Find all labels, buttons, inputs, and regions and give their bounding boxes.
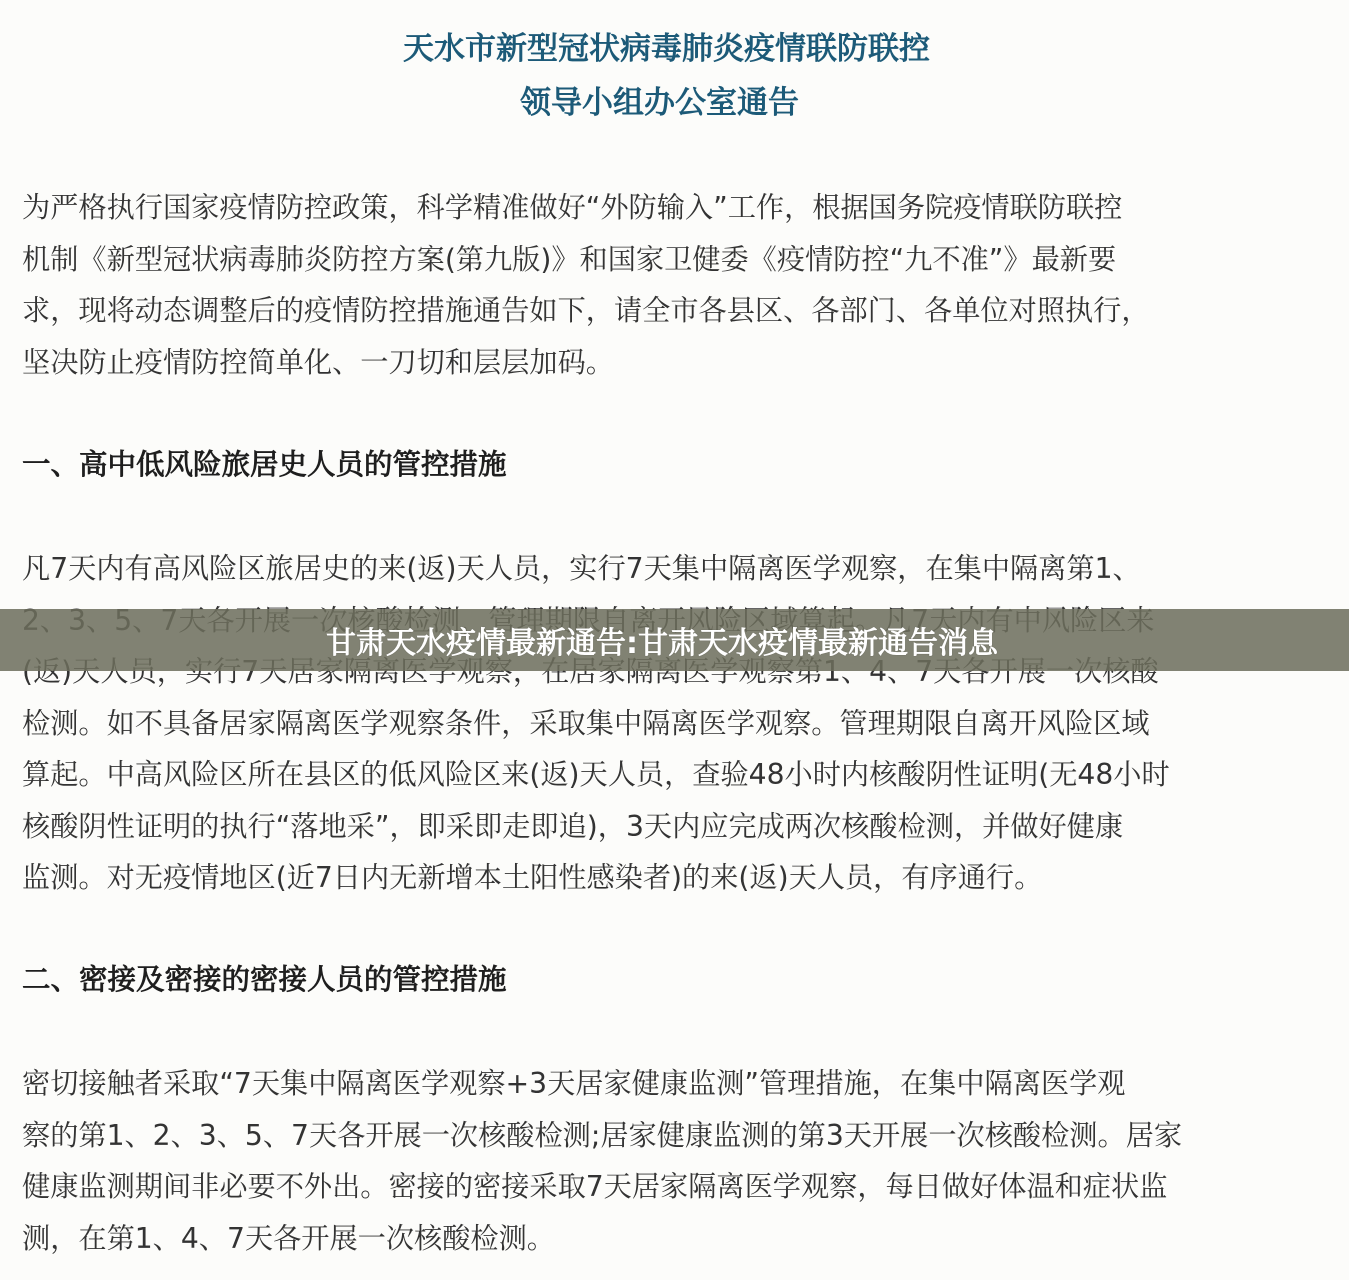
section-heading-1: 一、高中低风险旅居史人员的管控措施 [22,445,507,485]
intro-paragraph: 为严格执行国家疫情防控政策，科学精准做好“外防输入”工作，根据国务院疫情联防联控… [22,182,1322,388]
paragraph-line: 凡7天内有高风险区旅居史的来(返)天人员，实行7天集中隔离医学观察，在集中隔离第… [22,543,1322,595]
notice-image: 天水市新型冠状病毒肺炎疫情联防联控 领导小组办公室通告 为严格执行国家疫情防控政… [0,0,1349,1280]
paragraph-line: 机制《新型冠状病毒肺炎防控方案(第九版)》和国家卫健委《疫情防控“九不准”》最新… [22,234,1322,286]
paragraph-line: 算起。中高风险区所在县区的低风险区来(返)天人员，查验48小时内核酸阴性证明(无… [22,749,1322,801]
caption-overlay-text: 甘肃天水疫情最新通告:甘肃天水疫情最新通告消息 [326,618,998,662]
title-line-1: 天水市新型冠状病毒肺炎疫情联防联控 [0,22,1349,76]
section-1-paragraph: 凡7天内有高风险区旅居史的来(返)天人员，实行7天集中隔离医学观察，在集中隔离第… [22,543,1322,904]
caption-overlay-band: 甘肃天水疫情最新通告:甘肃天水疫情最新通告消息 [0,609,1349,671]
paragraph-line: 测，在第1、4、7天各开展一次核酸检测。 [22,1213,1322,1265]
paragraph-line: 密切接触者采取“7天集中隔离医学观察+3天居家健康监测”管理措施，在集中隔离医学… [22,1058,1322,1110]
paragraph-line: 察的第1、2、3、5、7天各开展一次核酸检测;居家健康监测的第3天开展一次核酸检… [22,1110,1322,1162]
paragraph-line: 求，现将动态调整后的疫情防控措施通告如下，请全市各县区、各部门、各单位对照执行， [22,285,1322,337]
notice-title: 天水市新型冠状病毒肺炎疫情联防联控 领导小组办公室通告 [0,22,1349,130]
paragraph-line: 检测。如不具备居家隔离医学观察条件，采取集中隔离医学观察。管理期限自离开风险区域 [22,698,1322,750]
paragraph-line: 坚决防止疫情防控简单化、一刀切和层层加码。 [22,337,1322,389]
section-2-paragraph: 密切接触者采取“7天集中隔离医学观察+3天居家健康监测”管理措施，在集中隔离医学… [22,1058,1322,1264]
title-line-2: 领导小组办公室通告 [0,76,1349,130]
paragraph-line: 核酸阴性证明的执行“落地采”，即采即走即追)，3天内应完成两次核酸检测，并做好健… [22,801,1322,853]
paragraph-line: 健康监测期间非必要不外出。密接的密接采取7天居家隔离医学观察，每日做好体温和症状… [22,1161,1322,1213]
paragraph-line: 为严格执行国家疫情防控政策，科学精准做好“外防输入”工作，根据国务院疫情联防联控 [22,182,1322,234]
section-heading-2: 二、密接及密接的密接人员的管控措施 [22,960,507,1000]
paragraph-line: 监测。对无疫情地区(近7日内无新增本土阳性感染者)的来(返)天人员，有序通行。 [22,852,1322,904]
